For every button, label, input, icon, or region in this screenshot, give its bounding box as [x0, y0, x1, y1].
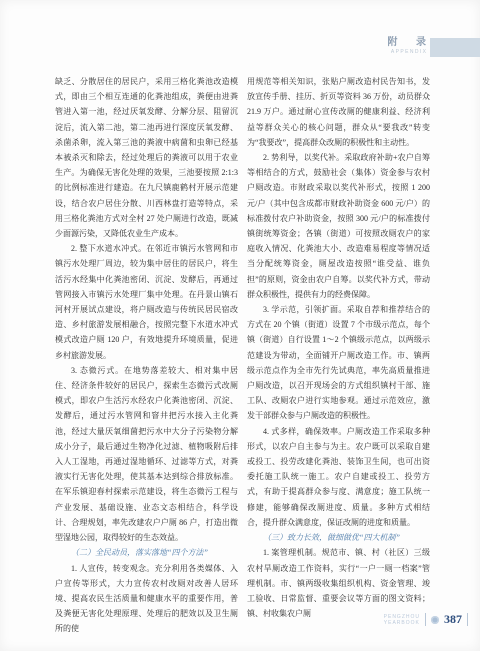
paragraph: 用规范等相关知识，张贴户厕改造村民告知书，发放宣传手册、挂历、折页等资料 36 … — [247, 74, 430, 150]
brand-line: PENGZHOU — [384, 614, 420, 620]
paragraph: 3. 态微污式。在地势落差较大、相对集中居住、经济条件较好的居民户，探索生态微污… — [55, 363, 238, 545]
yearbook-brand: PENGZHOU YEARBOOK — [384, 614, 420, 626]
paragraph: 3. 学示范，引领扩面。采取自荐和推荐结合的方式在 20 个镇（街道）设置 7 … — [247, 302, 430, 424]
paragraph: 缺乏、分散居住的居民户，采用三格化粪池改造模式，即由三个相互连通的化粪池组成，粪… — [55, 74, 238, 241]
yearbook-logo-icon — [431, 616, 439, 624]
footer-divider — [425, 613, 426, 626]
paragraph: 4. 式多样，确保效率。户厕改造工作采取多种形式，以农户自主参与为主。农户既可以… — [247, 424, 430, 530]
page-header: 附 录 APPENDIX — [388, 38, 427, 55]
book-page: 附 录 APPENDIX 缺乏、分散居住的居民户，采用三格化粪池改造模式，即由三… — [0, 0, 480, 651]
header-tab-bar — [430, 38, 480, 57]
section-subtitle: APPENDIX — [388, 50, 428, 55]
text-columns: 缺乏、分散居住的居民户，采用三格化粪池改造模式，即由三个相互连通的化粪池组成，粪… — [55, 74, 430, 637]
brand-line: YEARBOOK — [384, 620, 420, 626]
paragraph: 2. 势利导，以奖代补。采取政府补助+农户自筹等相结合的方式，鼓励社会（集体）资… — [247, 150, 430, 302]
section-heading: （三）致力长效，做细做优“四大机制” — [247, 530, 430, 545]
page-footer: PENGZHOU YEARBOOK 387 — [384, 612, 468, 627]
section-heading: （二）全民动员，落实落地“四个方法” — [55, 545, 238, 560]
section-title: 附 录 — [388, 38, 435, 48]
left-column: 缺乏、分散居住的居民户，采用三格化粪池改造模式，即由三个相互连通的化粪池组成，粪… — [55, 74, 238, 637]
paragraph: 1. 案管理机制。规范市、镇、村（社区）三级农村旱厕改造工作资料，实行“一户一厕… — [247, 545, 430, 621]
page-number: 387 — [444, 612, 462, 627]
footer-divider — [467, 613, 468, 626]
paragraph: 2. 整下水道水冲式。在邻近市镇污水管网和市镇污水处理厂周边，较为集中居住的居民… — [55, 241, 238, 363]
right-column: 用规范等相关知识，张贴户厕改造村民告知书，发放宣传手册、挂历、折页等资料 36 … — [247, 74, 430, 637]
paragraph: 1. 人宣传，转变观念。充分利用各类媒体、入户宣传等形式，大力宣传农村改厕对改善… — [55, 561, 238, 637]
